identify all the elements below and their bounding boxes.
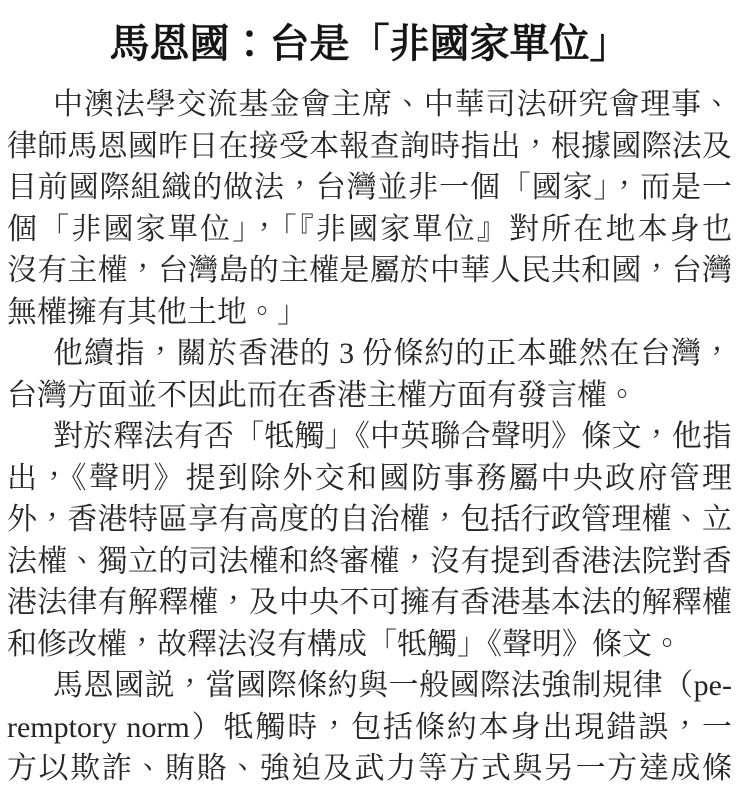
text-line: 台灣方面並不因此而在香港主權方面有發言權。 xyxy=(7,375,732,417)
text-line: 出，《聲明》提到除外交和國防事務屬中央政府管理 xyxy=(7,458,732,500)
text-line: 中澳法學交流基金會主席、中華司法研究會理事、大 xyxy=(7,84,732,126)
text-line: 律師馬恩國昨日在接受本報查詢時指出，根據國際法及 xyxy=(7,126,732,168)
text-line: 目前國際組織的做法，台灣並非一個「國家」，而是一 xyxy=(7,167,732,209)
text-line: 他續指，關於香港的 3 份條約的正本雖然在台灣，但 xyxy=(7,333,732,375)
newspaper-article-page: 馬恩國：台是「非國家單位」 中澳法學交流基金會主席、中華司法研究會理事、大律師馬… xyxy=(0,0,739,800)
text-line: 法權、獨立的司法權和終審權，沒有提到香港法院對香 xyxy=(7,541,732,583)
text-line: 方以欺詐、賄賂、強迫及武力等方式與另一方達成條 xyxy=(7,748,732,790)
text-line: 個「非國家單位」，「『非國家單位』對所在地本身也 xyxy=(7,209,732,251)
article-body: 中澳法學交流基金會主席、中華司法研究會理事、大律師馬恩國昨日在接受本報查詢時指出… xyxy=(0,84,739,790)
text-line: 無權擁有其他土地。」 xyxy=(7,292,732,334)
text-line: 沒有主權，台灣島的主權是屬於中華人民共和國，台灣 xyxy=(7,250,732,292)
article-title: 馬恩國：台是「非國家單位」 xyxy=(0,0,739,84)
text-line: 港法律有解釋權，及中央不可擁有香港基本法的解釋權 xyxy=(7,582,732,624)
text-line: 外，香港特區享有高度的自治權，包括行政管理權、立 xyxy=(7,499,732,541)
text-line: remptory norm）牴觸時，包括條約本身出現錯誤，一 xyxy=(7,707,732,749)
text-line: 對於釋法有否「牴觸」《中英聯合聲明》條文，他指 xyxy=(7,416,732,458)
text-line: 和修改權，故釋法沒有構成「牴觸」《聲明》條文。 xyxy=(7,624,732,666)
text-line: 馬恩國説，當國際條約與一般國際法強制規律（pe- xyxy=(7,665,732,707)
